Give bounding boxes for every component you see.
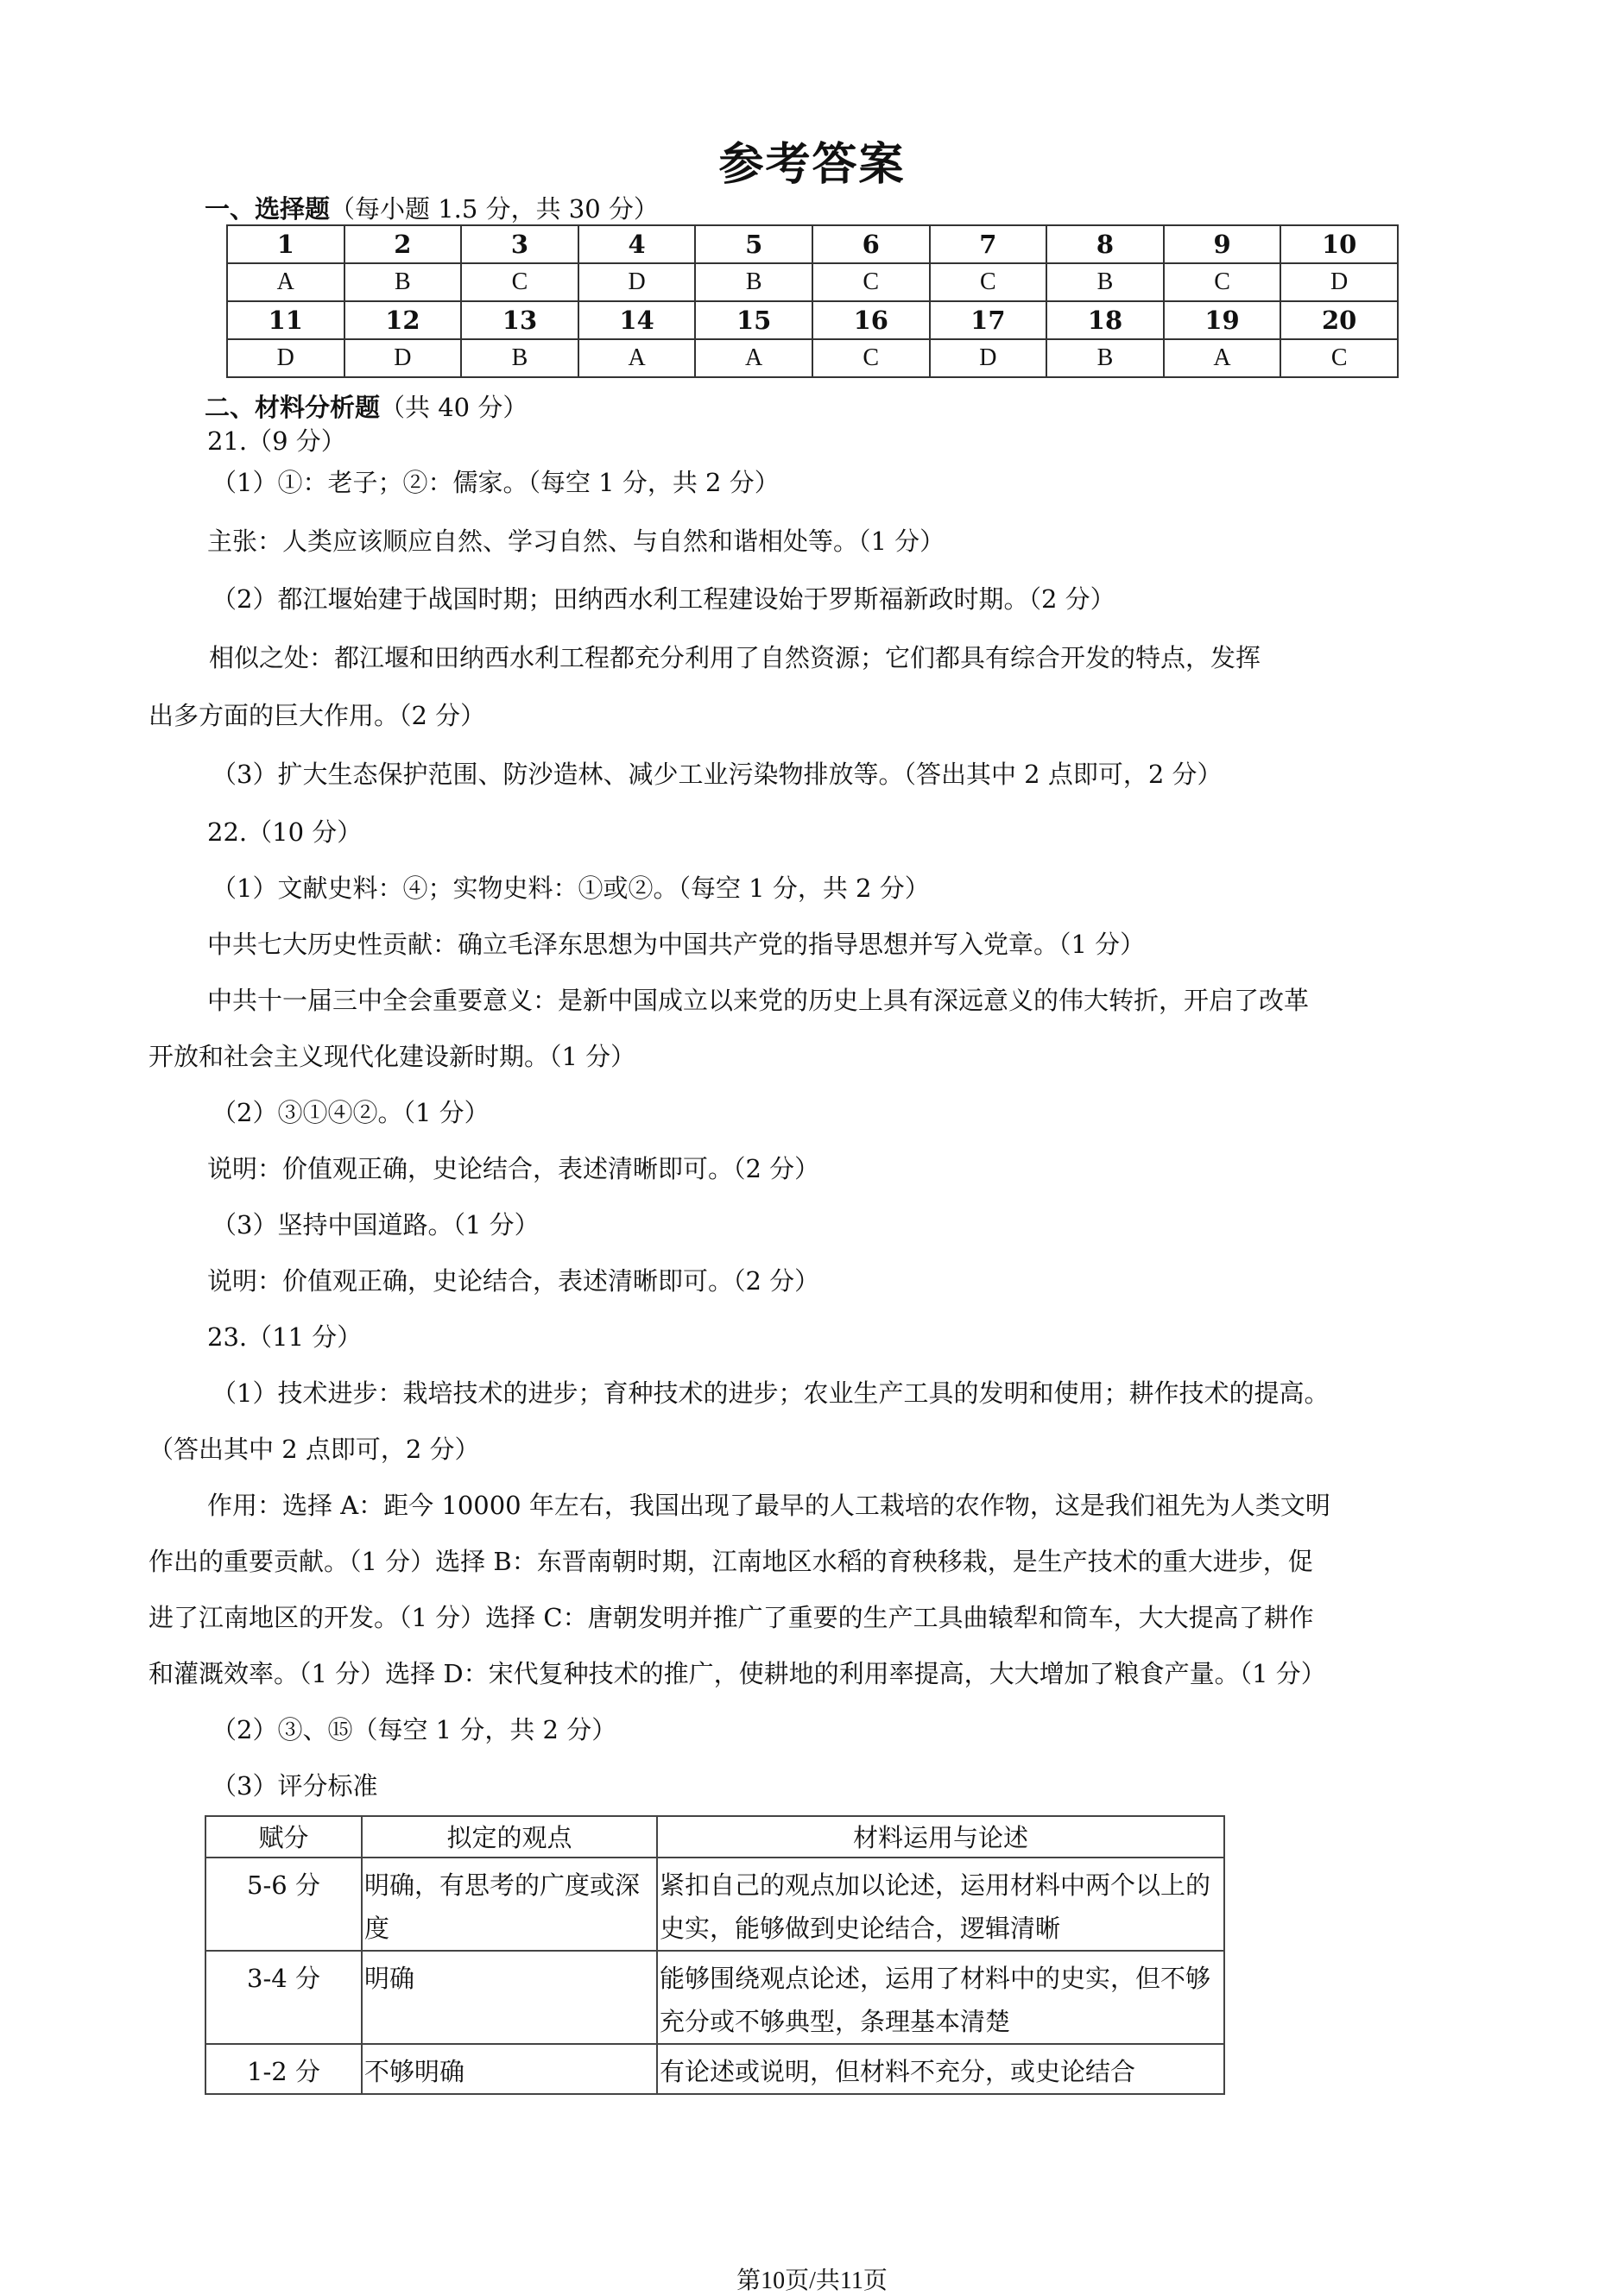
answer-cell: B	[461, 339, 578, 377]
rubric-viewpoint: 明确	[362, 1951, 657, 2044]
answer-cell: A	[695, 339, 812, 377]
answer-line: （3）坚持中国道路。（1 分）	[212, 1213, 540, 1238]
question-number: 11	[227, 301, 344, 339]
section-2-note: （共 40 分）	[380, 393, 528, 422]
question-number: 6	[812, 225, 930, 263]
rubric-score: 5-6 分	[205, 1858, 362, 1951]
answer-cell: A	[227, 263, 344, 301]
answer-cell: B	[344, 263, 462, 301]
answer-row: D D B A A C D B A C	[227, 339, 1398, 377]
answer-cell: A	[578, 339, 696, 377]
section-2-title: 二、材料分析题	[205, 393, 380, 422]
answer-cell: A	[1164, 339, 1281, 377]
question-number: 13	[461, 301, 578, 339]
rubric-header-viewpoint: 拟定的观点	[362, 1816, 657, 1858]
rubric-argument: 紧扣自己的观点加以论述，运用材料中两个以上的史实，能够做到史论结合，逻辑清晰	[657, 1858, 1224, 1951]
answer-line: 21.（9 分）	[207, 429, 346, 454]
answer-line: （1）技术进步：栽培技术的进步；育种技术的进步；农业生产工具的发明和使用；耕作技…	[212, 1381, 1329, 1406]
rubric-viewpoint: 不够明确	[362, 2044, 657, 2094]
page-footer: 第10页/共11页	[0, 2261, 1624, 2296]
section-1-title: 一、选择题	[205, 194, 330, 224]
rubric-row: 5-6 分 明确，有思考的广度或深度 紧扣自己的观点加以论述，运用材料中两个以上…	[205, 1858, 1224, 1951]
question-number: 15	[695, 301, 812, 339]
answer-line: 主张：人类应该顺应自然、学习自然、与自然和谐相处等。（1 分）	[207, 529, 945, 554]
answer-line: 和灌溉效率。（1 分）选择 D：宋代复种技术的推广，使耕地的利用率提高，大大增加…	[148, 1662, 1326, 1687]
section-1-note: （每小题 1.5 分，共 30 分）	[330, 194, 659, 224]
answer-line: （1）①：老子；②：儒家。（每空 1 分，共 2 分）	[212, 470, 780, 495]
question-number: 10	[1280, 225, 1398, 263]
answer-cell: C	[930, 263, 1047, 301]
answer-line: 开放和社会主义现代化建设新时期。（1 分）	[148, 1044, 635, 1069]
question-number: 14	[578, 301, 696, 339]
answer-line: 中共十一届三中全会重要意义：是新中国成立以来党的历史上具有深远意义的伟大转折，开…	[207, 988, 1309, 1013]
answer-line: （3）扩大生态保护范围、防沙造林、减少工业污染物排放等。（答出其中 2 点即可，…	[212, 762, 1223, 787]
answer-line: 出多方面的巨大作用。（2 分）	[148, 703, 485, 729]
question-number: 7	[930, 225, 1047, 263]
rubric-argument: 有论述或说明，但材料不充分，或史论结合	[657, 2044, 1224, 2094]
question-number: 12	[344, 301, 462, 339]
question-number: 18	[1046, 301, 1164, 339]
answer-line: 作出的重要贡献。（1 分）选择 B：东晋南朝时期，江南地区水稻的育秧移栽，是生产…	[148, 1549, 1313, 1574]
answer-line: 说明：价值观正确，史论结合，表述清晰即可。（2 分）	[207, 1269, 819, 1294]
answer-line: （答出其中 2 点即可，2 分）	[148, 1437, 480, 1462]
answer-cell: D	[344, 339, 462, 377]
answer-line: 作用：选择 A：距今 10000 年左右，我国出现了最早的人工栽培的农作物，这是…	[207, 1493, 1330, 1518]
answer-cell: D	[1280, 263, 1398, 301]
question-number: 4	[578, 225, 696, 263]
rubric-viewpoint: 明确，有思考的广度或深度	[362, 1858, 657, 1951]
question-number: 9	[1164, 225, 1281, 263]
answer-row: A B C D B C C B C D	[227, 263, 1398, 301]
question-number: 3	[461, 225, 578, 263]
rubric-header-score: 赋分	[205, 1816, 362, 1858]
answer-line: （2）③、⑮（每空 1 分，共 2 分）	[212, 1718, 616, 1743]
question-number: 19	[1164, 301, 1281, 339]
answer-cell: C	[461, 263, 578, 301]
question-number: 5	[695, 225, 812, 263]
question-number-row: 1 2 3 4 5 6 7 8 9 10	[227, 225, 1398, 263]
question-number: 17	[930, 301, 1047, 339]
page-title: 参考答案	[0, 128, 1624, 192]
answer-line: （2）都江堰始建于战国时期；田纳西水利工程建设始于罗斯福新政时期。（2 分）	[212, 587, 1115, 612]
answer-cell: B	[695, 263, 812, 301]
answer-cell: C	[812, 339, 930, 377]
rubric-row: 1-2 分 不够明确 有论述或说明，但材料不充分，或史论结合	[205, 2044, 1224, 2094]
rubric-header-row: 赋分 拟定的观点 材料运用与论述	[205, 1816, 1224, 1858]
answer-cell: B	[1046, 339, 1164, 377]
rubric-row: 3-4 分 明确 能够围绕观点论述，运用了材料中的史实，但不够充分或不够典型，条…	[205, 1951, 1224, 2044]
rubric-score: 3-4 分	[205, 1951, 362, 2044]
rubric-header-argument: 材料运用与论述	[657, 1816, 1224, 1858]
answer-cell: C	[1164, 263, 1281, 301]
answer-line: 相似之处：都江堰和田纳西水利工程都充分利用了自然资源；它们都具有综合开发的特点，…	[209, 646, 1261, 671]
answer-cell: D	[930, 339, 1047, 377]
question-number: 20	[1280, 301, 1398, 339]
answer-line: 23.（11 分）	[207, 1325, 362, 1350]
scoring-rubric-table: 赋分 拟定的观点 材料运用与论述 5-6 分 明确，有思考的广度或深度 紧扣自己…	[205, 1815, 1225, 2095]
answer-line: 22.（10 分）	[207, 820, 362, 845]
answer-line: 进了江南地区的开发。（1 分）选择 C：唐朝发明并推广了重要的生产工具曲辕犁和筒…	[148, 1605, 1314, 1631]
question-number: 8	[1046, 225, 1164, 263]
answer-line: 说明：价值观正确，史论结合，表述清晰即可。（2 分）	[207, 1157, 819, 1182]
answer-cell: C	[812, 263, 930, 301]
question-number: 2	[344, 225, 462, 263]
answer-cell: B	[1046, 263, 1164, 301]
answer-cell: C	[1280, 339, 1398, 377]
multiple-choice-answer-table: 1 2 3 4 5 6 7 8 9 10 A B C D B C C B C D…	[226, 224, 1399, 378]
answer-line: （3）评分标准	[212, 1774, 377, 1799]
rubric-score: 1-2 分	[205, 2044, 362, 2094]
answer-cell: D	[227, 339, 344, 377]
answer-cell: D	[578, 263, 696, 301]
section-2-heading: 二、材料分析题（共 40 分）	[205, 395, 528, 420]
answer-line: （1）文献史料：④；实物史料：①或②。（每空 1 分，共 2 分）	[212, 876, 930, 901]
question-number: 1	[227, 225, 344, 263]
section-1-heading: 一、选择题（每小题 1.5 分，共 30 分）	[205, 197, 659, 222]
rubric-argument: 能够围绕观点论述，运用了材料中的史实，但不够充分或不够典型，条理基本清楚	[657, 1951, 1224, 2044]
question-number-row: 11 12 13 14 15 16 17 18 19 20	[227, 301, 1398, 339]
question-number: 16	[812, 301, 930, 339]
answer-line: 中共七大历史性贡献：确立毛泽东思想为中国共产党的指导思想并写入党章。（1 分）	[207, 932, 1145, 957]
answer-line: （2）③①④②。（1 分）	[212, 1101, 490, 1126]
